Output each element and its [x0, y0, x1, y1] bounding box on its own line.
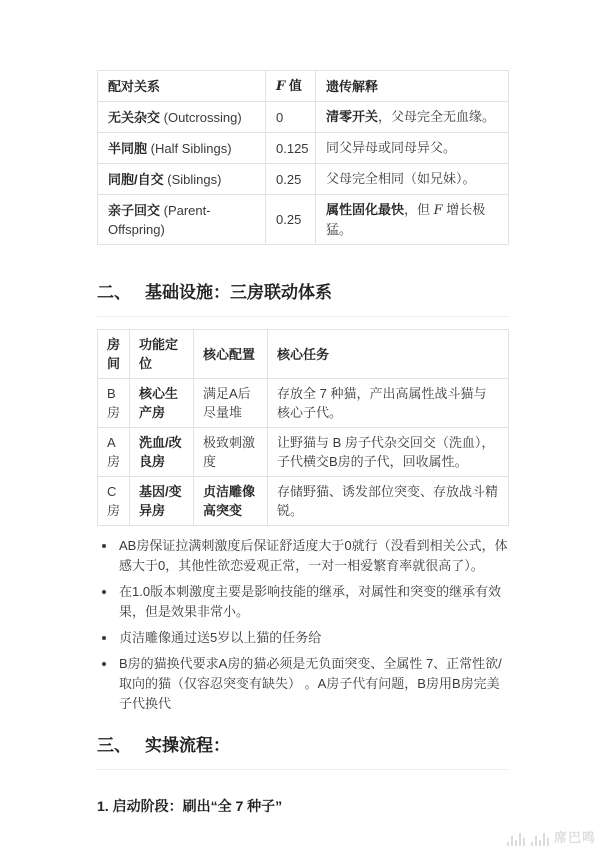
header-relation: 配对关系 [98, 71, 266, 102]
f-value-cell: 0.25 [266, 195, 316, 245]
config-cell: 极致刺激度 [194, 428, 268, 477]
step-heading-launch-phase: 1. 启动阶段：刷出“全 7 种子” [97, 796, 508, 816]
list-item: 在1.0版本刺激度主要是影响技能的继承，对属性和突变的继承有效果，但是效果非常小… [117, 582, 508, 622]
rooms-table-header-row: 房间 功能定位 核心配置 核心任务 [98, 330, 509, 379]
watermark: 席巴鸣 [507, 830, 596, 846]
section-heading-procedure: 三、实操流程： [97, 734, 508, 770]
config-cell: 贞洁雕像高突变 [194, 477, 268, 526]
list-item: 贞洁雕像通过送5岁以上猫的任务给 [117, 628, 508, 648]
article-content: 配对关系 F 值 遗传解释 无关杂交 (Outcrossing) 0 清零开关，… [97, 70, 508, 816]
task-cell: 让野猫与 B 房子代杂交回交（洗血），子代横交B房的子代，回收属性。 [268, 428, 509, 477]
waveform-bars-icon [507, 831, 549, 846]
document-page: 配对关系 F 值 遗传解释 无关杂交 (Outcrossing) 0 清零开关，… [0, 0, 600, 849]
header-config: 核心配置 [194, 330, 268, 379]
notes-list: AB房保证拉满刺激度后保证舒适度大于0就行（没看到相关公式，体感大于0，其他性欲… [97, 536, 508, 714]
table-row: 同胞/自交 (Siblings) 0.25 父母完全相同（如兄妹）。 [98, 164, 509, 195]
pairing-table: 配对关系 F 值 遗传解释 无关杂交 (Outcrossing) 0 清零开关，… [97, 70, 509, 245]
header-room: 房间 [98, 330, 130, 379]
explain-cell: 父母完全相同（如兄妹）。 [316, 164, 509, 195]
task-cell: 存储野猫、诱发部位突变、存放战斗精锐。 [268, 477, 509, 526]
explain-cell: 同父异母或同母异父。 [316, 133, 509, 164]
section-title: 基础设施：三房联动体系 [145, 283, 332, 302]
section-number: 三、 [97, 736, 131, 755]
explain-cell: 属性固化最快，但 F 增长极猛。 [316, 195, 509, 245]
f-value-cell: 0.25 [266, 164, 316, 195]
relation-cell: 同胞/自交 (Siblings) [98, 164, 266, 195]
config-cell: 满足A后尽量堆 [194, 379, 268, 428]
relation-cell: 半同胞 (Half Siblings) [98, 133, 266, 164]
table-row: 半同胞 (Half Siblings) 0.125 同父异母或同母异父。 [98, 133, 509, 164]
f-value-cell: 0 [266, 102, 316, 133]
role-cell: 基因/变异房 [130, 477, 194, 526]
task-cell: 存放全 7 种猫，产出高属性战斗猫与核心子代。 [268, 379, 509, 428]
watermark-text: 席巴鸣 [554, 830, 596, 846]
explain-cell: 清零开关，父母完全无血缘。 [316, 102, 509, 133]
role-cell: 核心生产房 [130, 379, 194, 428]
role-cell: 洗血/改良房 [130, 428, 194, 477]
pairing-table-header-row: 配对关系 F 值 遗传解释 [98, 71, 509, 102]
list-item: B房的猫换代要求A房的猫必须是无负面突变、全属性 7、正常性欲/取向的猫（仅容忍… [117, 654, 508, 714]
section-title: 实操流程： [145, 736, 230, 755]
f-value-cell: 0.125 [266, 133, 316, 164]
table-row: A 房 洗血/改良房 极致刺激度 让野猫与 B 房子代杂交回交（洗血），子代横交… [98, 428, 509, 477]
section-number: 二、 [97, 283, 131, 302]
room-cell: B 房 [98, 379, 130, 428]
list-item: AB房保证拉满刺激度后保证舒适度大于0就行（没看到相关公式，体感大于0，其他性欲… [117, 536, 508, 576]
table-row: C 房 基因/变异房 贞洁雕像高突变 存储野猫、诱发部位突变、存放战斗精锐。 [98, 477, 509, 526]
table-row: 无关杂交 (Outcrossing) 0 清零开关，父母完全无血缘。 [98, 102, 509, 133]
header-explain: 遗传解释 [316, 71, 509, 102]
room-cell: A 房 [98, 428, 130, 477]
header-f-value: F 值 [266, 71, 316, 102]
room-cell: C 房 [98, 477, 130, 526]
header-task: 核心任务 [268, 330, 509, 379]
header-role: 功能定位 [130, 330, 194, 379]
table-row: B 房 核心生产房 满足A后尽量堆 存放全 7 种猫，产出高属性战斗猫与核心子代… [98, 379, 509, 428]
relation-cell: 无关杂交 (Outcrossing) [98, 102, 266, 133]
section-heading-infrastructure: 二、基础设施：三房联动体系 [97, 281, 508, 317]
rooms-table: 房间 功能定位 核心配置 核心任务 B 房 核心生产房 满足A后尽量堆 存放全 … [97, 329, 509, 526]
table-row: 亲子回交 (Parent-Offspring) 0.25 属性固化最快，但 F … [98, 195, 509, 245]
relation-cell: 亲子回交 (Parent-Offspring) [98, 195, 266, 245]
